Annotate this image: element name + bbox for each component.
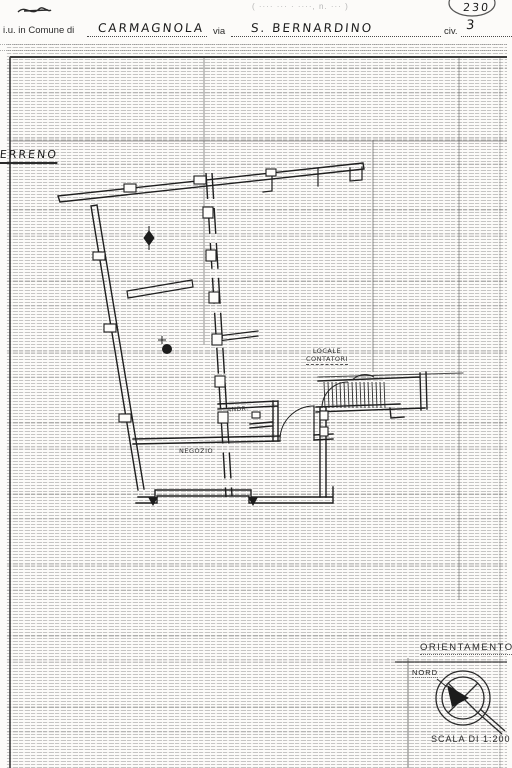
north-label: NORD — [412, 668, 438, 678]
survey-markers — [144, 226, 172, 354]
civ-label: civ. — [444, 26, 458, 37]
locale-line1: LOCALE — [313, 347, 341, 355]
scale-label: SCALA DI 1:200 — [431, 734, 511, 744]
vestibule-label: ANDR. — [227, 405, 249, 413]
signature-squiggle — [18, 8, 51, 12]
scanned-cadastral-sheet: { "colors": { "paper": "#fcfbf9", "ink":… — [0, 0, 512, 768]
locale-line2: CONTATORI — [306, 356, 348, 366]
compass-icon — [436, 671, 505, 734]
floor-label: TERRENO — [0, 148, 58, 164]
via-label: via — [213, 26, 225, 37]
entrance-arrow-markers — [148, 497, 258, 506]
shop-label: NEGOZIO — [179, 447, 213, 455]
civ-value: 3 — [465, 18, 477, 33]
law-reference-note: ( ···· ··· · ····, n. ··· ) — [252, 2, 349, 11]
via-value: S. BERNARDINO — [250, 21, 373, 35]
orientation-title: ORIENTAMENTO — [420, 642, 512, 655]
building-walls — [58, 163, 463, 503]
form-prefix-label: i.u. in Comune di — [3, 25, 74, 36]
sheet-number: 230 — [462, 1, 490, 14]
locale-contatori-label: LOCALE CONTATORI — [298, 348, 356, 365]
comune-value: CARMAGNOLA — [97, 21, 204, 35]
